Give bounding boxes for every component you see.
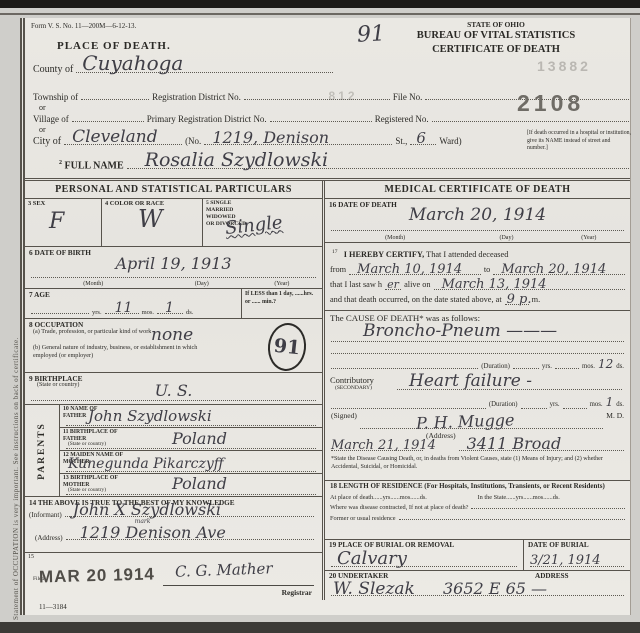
contributory-label: Contributory [330, 375, 374, 385]
parents-label-cell: PARENTS [25, 405, 60, 496]
certify-to-value: March 20, 1914 [501, 262, 606, 277]
cause-duration-mos-label: mos. [582, 363, 595, 370]
physician-signature: P. H. Mugge [416, 410, 515, 432]
registration-district-label: Registration District No. [152, 92, 241, 102]
cause-footnote: *State the Disease Causing Death, or, in… [325, 453, 630, 481]
burial-date-label: DATE OF BURIAL [528, 541, 589, 549]
marital-value: Single [224, 212, 284, 239]
form-number: Form V. S. No. 11—200M—6-12-13. [31, 22, 136, 30]
father-birthplace-sub: (State or country) [68, 441, 106, 447]
personal-title: PERSONAL AND STATISTICAL PARTICULARS [25, 181, 322, 199]
state-name: STATE OF OHIO [365, 20, 627, 29]
file-number-stamp: 13882 [537, 58, 591, 74]
mother-birthplace-sub: (State or country) [68, 487, 106, 493]
md-label: M. D. [606, 411, 624, 420]
certificate-body: Form V. S. No. 11—200M—6-12-13. 91 STATE… [20, 18, 631, 615]
certify-from-label: from [330, 262, 346, 277]
dod-day-label: (Day) [465, 235, 547, 241]
father-name-value: John Szydlowski [88, 407, 212, 425]
village-row: Village of Primary Registration District… [33, 114, 629, 124]
registrar-signature-line [163, 585, 314, 586]
informant-value: John X Szydlowski [73, 500, 221, 519]
death-time-value: 9 p. [507, 292, 532, 307]
dob-month-label: (Month) [25, 281, 162, 287]
parents-label: PARENTS [37, 422, 47, 480]
burial-place-cell: 19 PLACE OF BURIAL OR REMOVAL Calvary [325, 540, 524, 570]
occupation-section: 8 OCCUPATION (a) Trade, profession, or p… [25, 319, 322, 373]
village-label: Village of [33, 114, 69, 124]
cause-duration-ds-label: ds. [616, 363, 624, 370]
county-value: Cuyahoga [82, 51, 183, 75]
bottom-border-bar [0, 622, 640, 633]
age-ds-label: ds. [186, 309, 193, 316]
date-of-birth-section: 6 DATE OF BIRTH April 19, 1913 (Month) (… [25, 247, 322, 289]
burial-row: 19 PLACE OF BURIAL OR REMOVAL Calvary DA… [325, 540, 630, 571]
medical-title: MEDICAL CERTIFICATE OF DEATH [325, 181, 630, 199]
burial-section: 19 PLACE OF BURIAL OR REMOVAL Calvary DA… [325, 539, 630, 600]
informant-address-row: (Address) 1219 Denison Ave [35, 534, 314, 542]
certify-death-statement: and that death occurred, on the date sta… [330, 292, 502, 307]
father-birthplace-row: 11 BIRTHPLACE OF FATHER (State or countr… [60, 428, 322, 451]
sex-cell: 3 SEX F [25, 199, 102, 246]
mother-birthplace-row: 13 BIRTHPLACE OF MOTHER (State or countr… [60, 474, 322, 496]
file-no-label: File No. [393, 92, 423, 102]
contrib-duration-label: (Duration) [489, 401, 518, 408]
signed-date-value: March 21, 1914 [331, 438, 436, 453]
certify-last-saw-label: that I last saw h [330, 277, 382, 292]
mother-birthplace-value: Poland [172, 474, 227, 493]
certify-her-value: er [387, 277, 399, 292]
occupation-b-label: (b) General nature of industry, business… [33, 344, 211, 360]
former-residence-label: Former or usual residence [330, 515, 396, 522]
certify-alive-label: alive on [404, 277, 431, 292]
residence-section: 18 LENGTH OF RESIDENCE (For Hospitals, I… [325, 481, 630, 539]
marital-cell: 5 SINGLE MARRIED WIDOWED OR DIVORCED Sin… [203, 199, 322, 246]
full-name-row: 2 FULL NAME Rosalia Szydlowski [59, 160, 629, 171]
filed-section: 15 Filed MAR 20 1914 C. G. Mather Regist… [25, 553, 322, 600]
contributory-value: Heart failure - [409, 371, 532, 391]
certify-number: 17 [332, 249, 338, 255]
residence-in-state: In the State......yrs......mos......ds. [478, 494, 626, 501]
sex-value: F [49, 209, 64, 234]
mother-name-value: Kunegunda Pikarczyff [68, 456, 224, 472]
age-days-value: 1 [165, 300, 174, 316]
filed-number: 15 [28, 554, 34, 560]
or-word-1: or [39, 103, 46, 112]
date-of-death-section: 16 DATE OF DEATH March 20, 1914 (Month) … [325, 199, 630, 243]
residence-heading: 18 LENGTH OF RESIDENCE (For Hospitals, I… [330, 482, 625, 491]
cause-duration-yrs-label: yrs. [542, 363, 552, 370]
dod-month-label: (Month) [325, 235, 465, 241]
color-cell: 4 COLOR OR RACE W [102, 199, 203, 246]
contributory-duration-row: (Duration) yrs. mos. 1 ds. [325, 395, 630, 411]
certify-last-seen-value: March 13, 1914 [442, 277, 547, 292]
physician-address-value: 3411 Broad [467, 434, 562, 453]
father-name-row: 10 NAME OF FATHER John Szydlowski [60, 405, 322, 428]
bureau-name: BUREAU OF VITAL STATISTICS [365, 29, 627, 42]
undertaker-row: 20 UNDERTAKER ADDRESS W. Slezak 3652 E 6… [325, 571, 630, 601]
birthplace-section: 9 BIRTHPLACE (State or country) U. S. [25, 373, 322, 405]
ward-label: Ward) [439, 136, 461, 146]
occupation-value: none [151, 325, 193, 345]
mother-name-row: 12 MAIDEN NAME OF MOTHER Kunegunda Pikar… [60, 451, 322, 474]
sex-race-marital-row: 3 SEX F 4 COLOR OR RACE W 5 SINGLE MARRI… [25, 199, 322, 247]
city-row: City of Cleveland (No. 1219, Denison St.… [33, 136, 519, 147]
marital-label-2: MARRIED [206, 207, 319, 214]
medical-column: MEDICAL CERTIFICATE OF DEATH 16 DATE OF … [322, 181, 630, 600]
signed-label: (Signed) [331, 411, 357, 420]
registered-number-stamp: 2108 [517, 90, 584, 117]
full-name-number: 2 [59, 160, 62, 166]
hospital-note: [If death occurred in a hospital or inst… [527, 130, 631, 153]
parents-section: PARENTS 10 NAME OF FATHER John Szydlowsk… [25, 405, 322, 497]
contributory-section: Contributory (SECONDARY) Heart failure - [325, 371, 630, 395]
circled-case-number: 91 [266, 321, 309, 373]
dod-year-label: (Year) [548, 235, 630, 241]
age-section: 7 AGE yrs. 11 mos. 1 ds. If LESS than 1 … [25, 289, 322, 319]
cause-duration-label: (Duration) [481, 363, 510, 370]
signed-row: (Signed) P. H. Mugge M. D. [325, 411, 630, 431]
secondary-label: (SECONDARY) [335, 385, 372, 391]
form-footer-number: 11—3184 [39, 603, 67, 611]
circled-number-value: 91 [273, 335, 302, 360]
dob-day-label: (Day) [162, 281, 242, 287]
certify-rest-text: That I attended deceased [426, 250, 508, 259]
contrib-duration-yrs-label: yrs. [550, 401, 560, 408]
marital-label-1: 5 SINGLE [206, 200, 319, 207]
age-months-value: 11 [115, 300, 133, 316]
age-less-note: If LESS than 1 day, ......hrs. or ......… [241, 289, 322, 318]
full-name-value: Rosalia Szydlowski [145, 149, 328, 171]
primary-registration-label: Primary Registration District No. [147, 114, 267, 124]
city-label: City of [33, 136, 61, 147]
columns: PERSONAL AND STATISTICAL PARTICULARS 3 S… [25, 178, 630, 600]
parents-rows: 10 NAME OF FATHER John Szydlowski 11 BIR… [60, 405, 322, 496]
city-value: Cleveland [72, 127, 158, 147]
certify-from-value: March 10, 1914 [357, 262, 462, 277]
informant-row: (Informant) John X Szydlowski mark [29, 511, 314, 519]
township-label: Township of [33, 92, 78, 102]
informant-section: 14 THE ABOVE IS TRUE TO THE BEST OF MY K… [25, 497, 322, 553]
certify-m-label: m. [532, 292, 541, 307]
where-contracted-label: Where was disease contracted, If not at … [330, 504, 468, 511]
cause-duration-row: (Duration) yrs. mos. 12 ds. [325, 357, 630, 371]
dod-value: March 20, 1914 [325, 205, 630, 225]
residence-at-place: At place of death......yrs......mos.....… [330, 494, 478, 501]
house-no-label: (No. [185, 136, 201, 146]
cause-value: Broncho-Pneum ——— [363, 321, 557, 341]
dob-year-label: (Year) [242, 281, 322, 287]
age-main-cell: 7 AGE yrs. 11 mos. 1 ds. [25, 289, 241, 318]
top-border-line [0, 13, 640, 15]
certify-to-label: to [484, 262, 490, 277]
certificate-title: CERTIFICATE OF DEATH [365, 43, 627, 56]
street-value: 1219, Denison [212, 128, 329, 147]
burial-date-cell: DATE OF BURIAL 3/21, 1914 [524, 540, 630, 570]
cause-of-death-section: The CAUSE OF DEATH* was as follows: Bron… [325, 311, 630, 357]
signed-date-row: March 21, 1914 (Address) 3411 Broad [325, 431, 630, 453]
informant-label: (Informant) [29, 511, 62, 519]
contrib-duration-days-value: 1 [606, 395, 614, 409]
registrar-label: Registrar [282, 588, 312, 597]
contrib-duration-ds-label: ds. [616, 401, 624, 408]
state-header: STATE OF OHIO BUREAU OF VITAL STATISTICS… [365, 20, 627, 56]
informant-address-label: (Address) [35, 534, 63, 542]
top-border-bar [0, 0, 640, 8]
age-label: 7 AGE [29, 290, 50, 299]
registered-no-label: Registered No. [375, 114, 429, 124]
registration-district-stamp: 812 [329, 89, 358, 103]
ward-value: 6 [416, 129, 426, 147]
filed-date-stamp: MAR 20 1914 [39, 564, 155, 587]
death-certificate-document: Statement of OCCUPATION is very importan… [0, 0, 640, 633]
left-margin-note: Statement of OCCUPATION is very importan… [12, 337, 20, 620]
contrib-duration-mos-label: mos. [590, 401, 603, 408]
registrar-signature: C. G. Mather [175, 559, 273, 580]
full-name-label: FULL NAME [65, 160, 124, 171]
or-word-2: or [39, 125, 46, 134]
informant-address-value: 1219 Denison Ave [80, 523, 226, 542]
father-birthplace-value: Poland [172, 429, 227, 448]
certify-section: 17 I HEREBY CERTIFY, That I attended dec… [325, 243, 630, 311]
dob-value: April 19, 1913 [25, 254, 322, 273]
certify-bold-text: I HEREBY CERTIFY, [344, 250, 424, 259]
county-row: County of Cuyahoga [33, 64, 333, 75]
birthplace-value: U. S. [25, 381, 322, 400]
personal-column: PERSONAL AND STATISTICAL PARTICULARS 3 S… [25, 181, 322, 600]
county-label: County of [33, 64, 73, 75]
st-label: St., [395, 136, 407, 146]
age-yrs-label: yrs. [92, 309, 102, 316]
age-mos-label: mos. [142, 309, 154, 316]
sex-label: 3 SEX [28, 200, 98, 208]
cause-duration-days-value: 12 [598, 357, 613, 371]
color-value: W [138, 205, 163, 233]
